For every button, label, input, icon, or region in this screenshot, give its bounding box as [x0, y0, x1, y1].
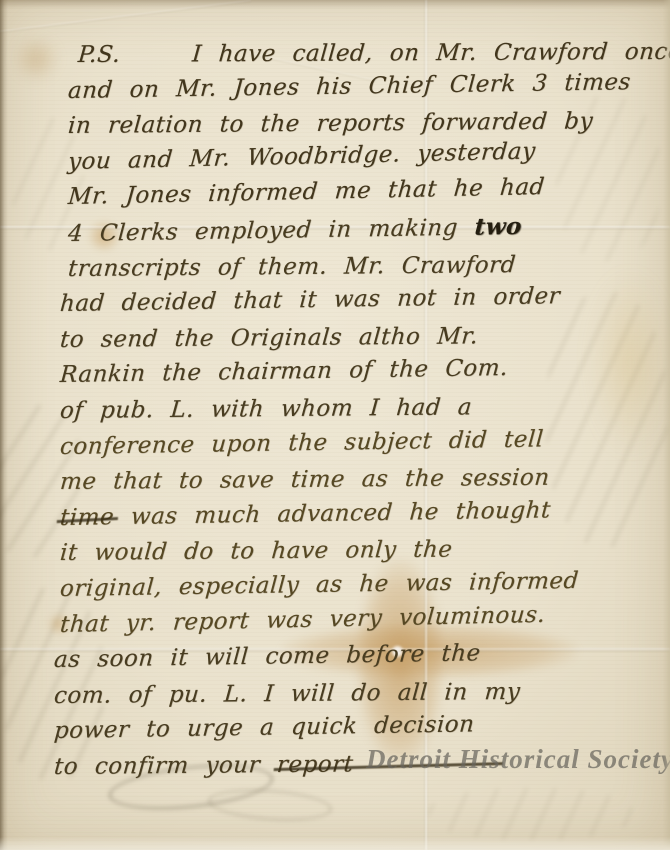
crease-top-left: [0, 0, 251, 35]
ink-bleedthrough-flourish: [207, 786, 333, 825]
paper-edge-left: [0, 0, 8, 850]
letter-text-segment: and on Mr. Jones his Chief Clerk 3 times: [67, 69, 632, 104]
letter-text-segment: to confirm your: [53, 752, 261, 780]
letter-text-segment: conference upon the subject did tell: [59, 426, 544, 460]
letter-line: 4 Clerks employed in making two: [67, 207, 639, 252]
letter-text-segment: I have called, on Mr. Crawford once: [191, 39, 670, 68]
letter-line: Rankin the chairman of the Com.: [59, 349, 639, 394]
letter-text-segment: original, especially as he was informed: [59, 568, 580, 602]
letter-text-segment: P.S.: [77, 42, 122, 68]
letter-text-segment: had decided that it was not in order: [59, 283, 561, 317]
paper-stain: [12, 38, 60, 80]
letter-text-segment: transcripts of them. Mr. Crawford: [67, 252, 517, 282]
ink-bleedthrough: [428, 788, 633, 840]
letter-text-segment: Rankin the chairman of the Com.: [59, 355, 509, 388]
letter-text-segment: me that to save time as the session: [59, 465, 551, 495]
letter-text-segment: that yr. report was very voluminous.: [59, 601, 546, 637]
letter-page: P.S. I have called, on Mr. Crawford once…: [0, 0, 670, 850]
letter-text-segment: report: [276, 751, 354, 778]
letter-text-segment: you and Mr. Woodbridge. yesterday: [67, 138, 537, 175]
paper-edge-bottom: [0, 837, 670, 850]
letter-text-segment: of pub. L. with whom I had a: [59, 394, 473, 424]
letter-text-segment: 4 Clerks employed in making: [67, 215, 459, 247]
letter-line: had decided that it was not in order: [59, 278, 639, 323]
watermark-text: Detroit Historical Society: [366, 744, 670, 775]
letter-text-segment: power to urge a quick decision: [53, 712, 475, 745]
letter-text-segment: two: [474, 213, 523, 241]
letter-text-segment: Mr. Jones informed me that he had: [67, 174, 546, 210]
letter-text-segment: was much advanced he thought: [130, 497, 552, 530]
letter-lines: P.S. I have called, on Mr. Crawford once…: [58, 38, 638, 785]
letter-text-segment: it would do to have only the: [59, 537, 453, 566]
letter-text-segment: as soon it will come before the: [53, 640, 481, 673]
letter-text-segment: com. of pu. L. I will do all in my: [53, 679, 521, 709]
paper-edge-right: [663, 0, 670, 850]
paper-edge-top: [0, 0, 670, 9]
letter-text-segment: time: [59, 504, 115, 531]
letter-text-segment: to send the Originals altho Mr.: [59, 323, 479, 353]
